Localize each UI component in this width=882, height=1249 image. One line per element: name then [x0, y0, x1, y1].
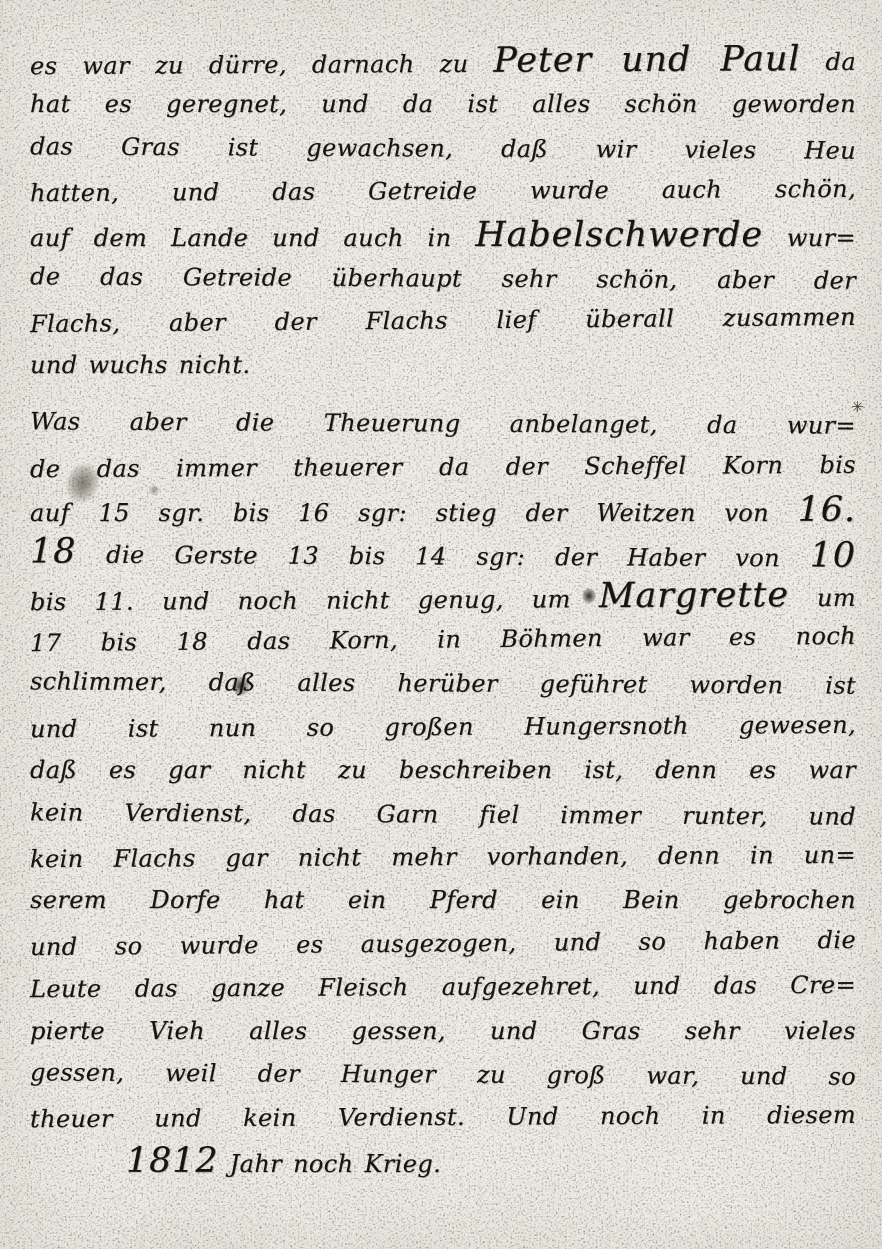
line-text: de das Getreide überhaupt sehr schön, ab…	[30, 262, 856, 294]
manuscript-line: gessen, weil der Hunger zu groß war, und…	[30, 1051, 856, 1099]
line-text: und ist nun so großen Hungersnoth gewese…	[30, 711, 856, 743]
line-text: hat es geregnet, und da ist alles schön …	[30, 90, 856, 118]
year-1812: 1812	[126, 1141, 219, 1181]
line-text: theuer und kein Verdienst. Und noch in d…	[30, 1101, 856, 1133]
manuscript-line: es war zu dürre, darnach zu Peter und Pa…	[30, 38, 856, 86]
line-text: hatten, und das Getreide wurde auch schö…	[30, 175, 856, 207]
manuscript-line: schlimmer, daß alles herüber geführet wo…	[30, 661, 856, 709]
line-text: Jahr noch Krieg.	[219, 1150, 442, 1178]
line-text: das Gras ist gewachsen, daß wir vieles H…	[30, 132, 856, 164]
large-script-word: Margrette	[599, 575, 789, 616]
line-text: gessen, weil der Hunger zu groß war, und…	[30, 1058, 856, 1090]
manuscript-line: Leute das ganze Fleisch aufgezehret, und…	[30, 964, 856, 1012]
manuscript-line: das Gras ist gewachsen, daß wir vieles H…	[30, 125, 856, 173]
manuscript-line: 18 die Gerste 13 bis 14 sgr: der Haber v…	[30, 531, 856, 579]
line-text: pierte Vieh alles gessen, und Gras sehr …	[30, 1017, 856, 1045]
manuscript-line: kein Verdienst, das Garn fiel immer runt…	[30, 791, 856, 839]
manuscript-line: de das Getreide überhaupt sehr schön, ab…	[30, 255, 856, 303]
manuscript-line: Flachs, aber der Flachs lief überall zus…	[30, 296, 856, 347]
manuscript-line: daß es gar nicht zu beschreiben ist, den…	[30, 749, 856, 792]
line-text: Leute das ganze Fleisch aufgezehret, und…	[30, 971, 856, 1003]
large-script-number: 10	[810, 536, 856, 576]
large-script-word: Habelschwerde	[475, 215, 763, 255]
manuscript-line-date: 1812 Jahr noch Krieg.	[30, 1140, 856, 1183]
manuscript-line: theuer und kein Verdienst. Und noch in d…	[30, 1094, 856, 1142]
manuscript-line: und so wurde es ausgezogen, und so haben…	[30, 919, 856, 970]
line-text: kein Verdienst, das Garn fiel immer runt…	[30, 798, 856, 830]
line-text: 17 bis 18 das Korn, in Böhmen war es noc…	[30, 622, 856, 657]
line-text: und wuchs nicht.	[30, 351, 250, 379]
manuscript-line-paragraph-start: Was aber die Theuerung anbelanget, da wu…	[30, 400, 856, 448]
manuscript-line: bis 11. und noch nicht genug, um Margret…	[30, 574, 856, 622]
line-text: um	[789, 584, 856, 612]
manuscript-line: und ist nun so großen Hungersnoth gewese…	[30, 704, 856, 752]
line-text: de das immer theuerer da der Scheffel Ko…	[30, 450, 856, 482]
line-text: Was aber die Theuerung anbelanget, da wu…	[30, 407, 856, 439]
line-text: kein Flachs gar nicht mehr vorhanden, de…	[30, 841, 856, 873]
line-text: und so wurde es ausgezogen, und so haben…	[30, 926, 856, 961]
manuscript-line: 17 bis 18 das Korn, in Böhmen war es noc…	[30, 615, 856, 666]
manuscript-line: de das immer theuerer da der Scheffel Ko…	[30, 443, 856, 491]
manuscript-line: serem Dorfe hat ein Pferd ein Bein gebro…	[30, 879, 856, 922]
large-script-number: 18	[30, 532, 76, 572]
line-text: bis 11. und noch nicht genug, um	[30, 585, 599, 616]
line-text: serem Dorfe hat ein Pferd ein Bein gebro…	[30, 886, 856, 914]
line-text: Flachs, aber der Flachs lief überall zus…	[30, 303, 856, 338]
line-text: die Gerste 13 bis 14 sgr: der Haber von	[76, 541, 810, 573]
manuscript-line: kein Flachs gar nicht mehr vorhanden, de…	[30, 834, 856, 882]
manuscript-line: hat es geregnet, und da ist alles schön …	[30, 83, 856, 126]
line-text: auf dem Lande und auch in	[30, 224, 475, 252]
line-text: wur=	[763, 224, 856, 252]
manuscript-page: ✳ es war zu dürre, darnach zu Peter und …	[0, 0, 882, 1249]
manuscript-line: pierte Vieh alles gessen, und Gras sehr …	[30, 1010, 856, 1053]
line-text: daß es gar nicht zu beschreiben ist, den…	[30, 756, 856, 784]
line-text: da	[800, 48, 856, 76]
manuscript-line: auf dem Lande und auch in Habelschwerde …	[30, 214, 856, 257]
line-text: schlimmer, daß alles herüber geführet wo…	[30, 668, 856, 700]
handwritten-text-block: es war zu dürre, darnach zu Peter und Pa…	[30, 40, 856, 1183]
large-script-word: Peter und Paul	[493, 39, 800, 81]
large-script-number: 16.	[798, 490, 856, 530]
manuscript-line: und wuchs nicht.	[30, 344, 856, 387]
line-text: auf 15 sgr. bis 16 sgr: stieg der Weitze…	[30, 499, 798, 527]
line-text: es war zu dürre, darnach zu	[30, 50, 494, 80]
manuscript-line: auf 15 sgr. bis 16 sgr: stieg der Weitze…	[30, 489, 856, 532]
manuscript-line: hatten, und das Getreide wurde auch schö…	[30, 168, 856, 216]
